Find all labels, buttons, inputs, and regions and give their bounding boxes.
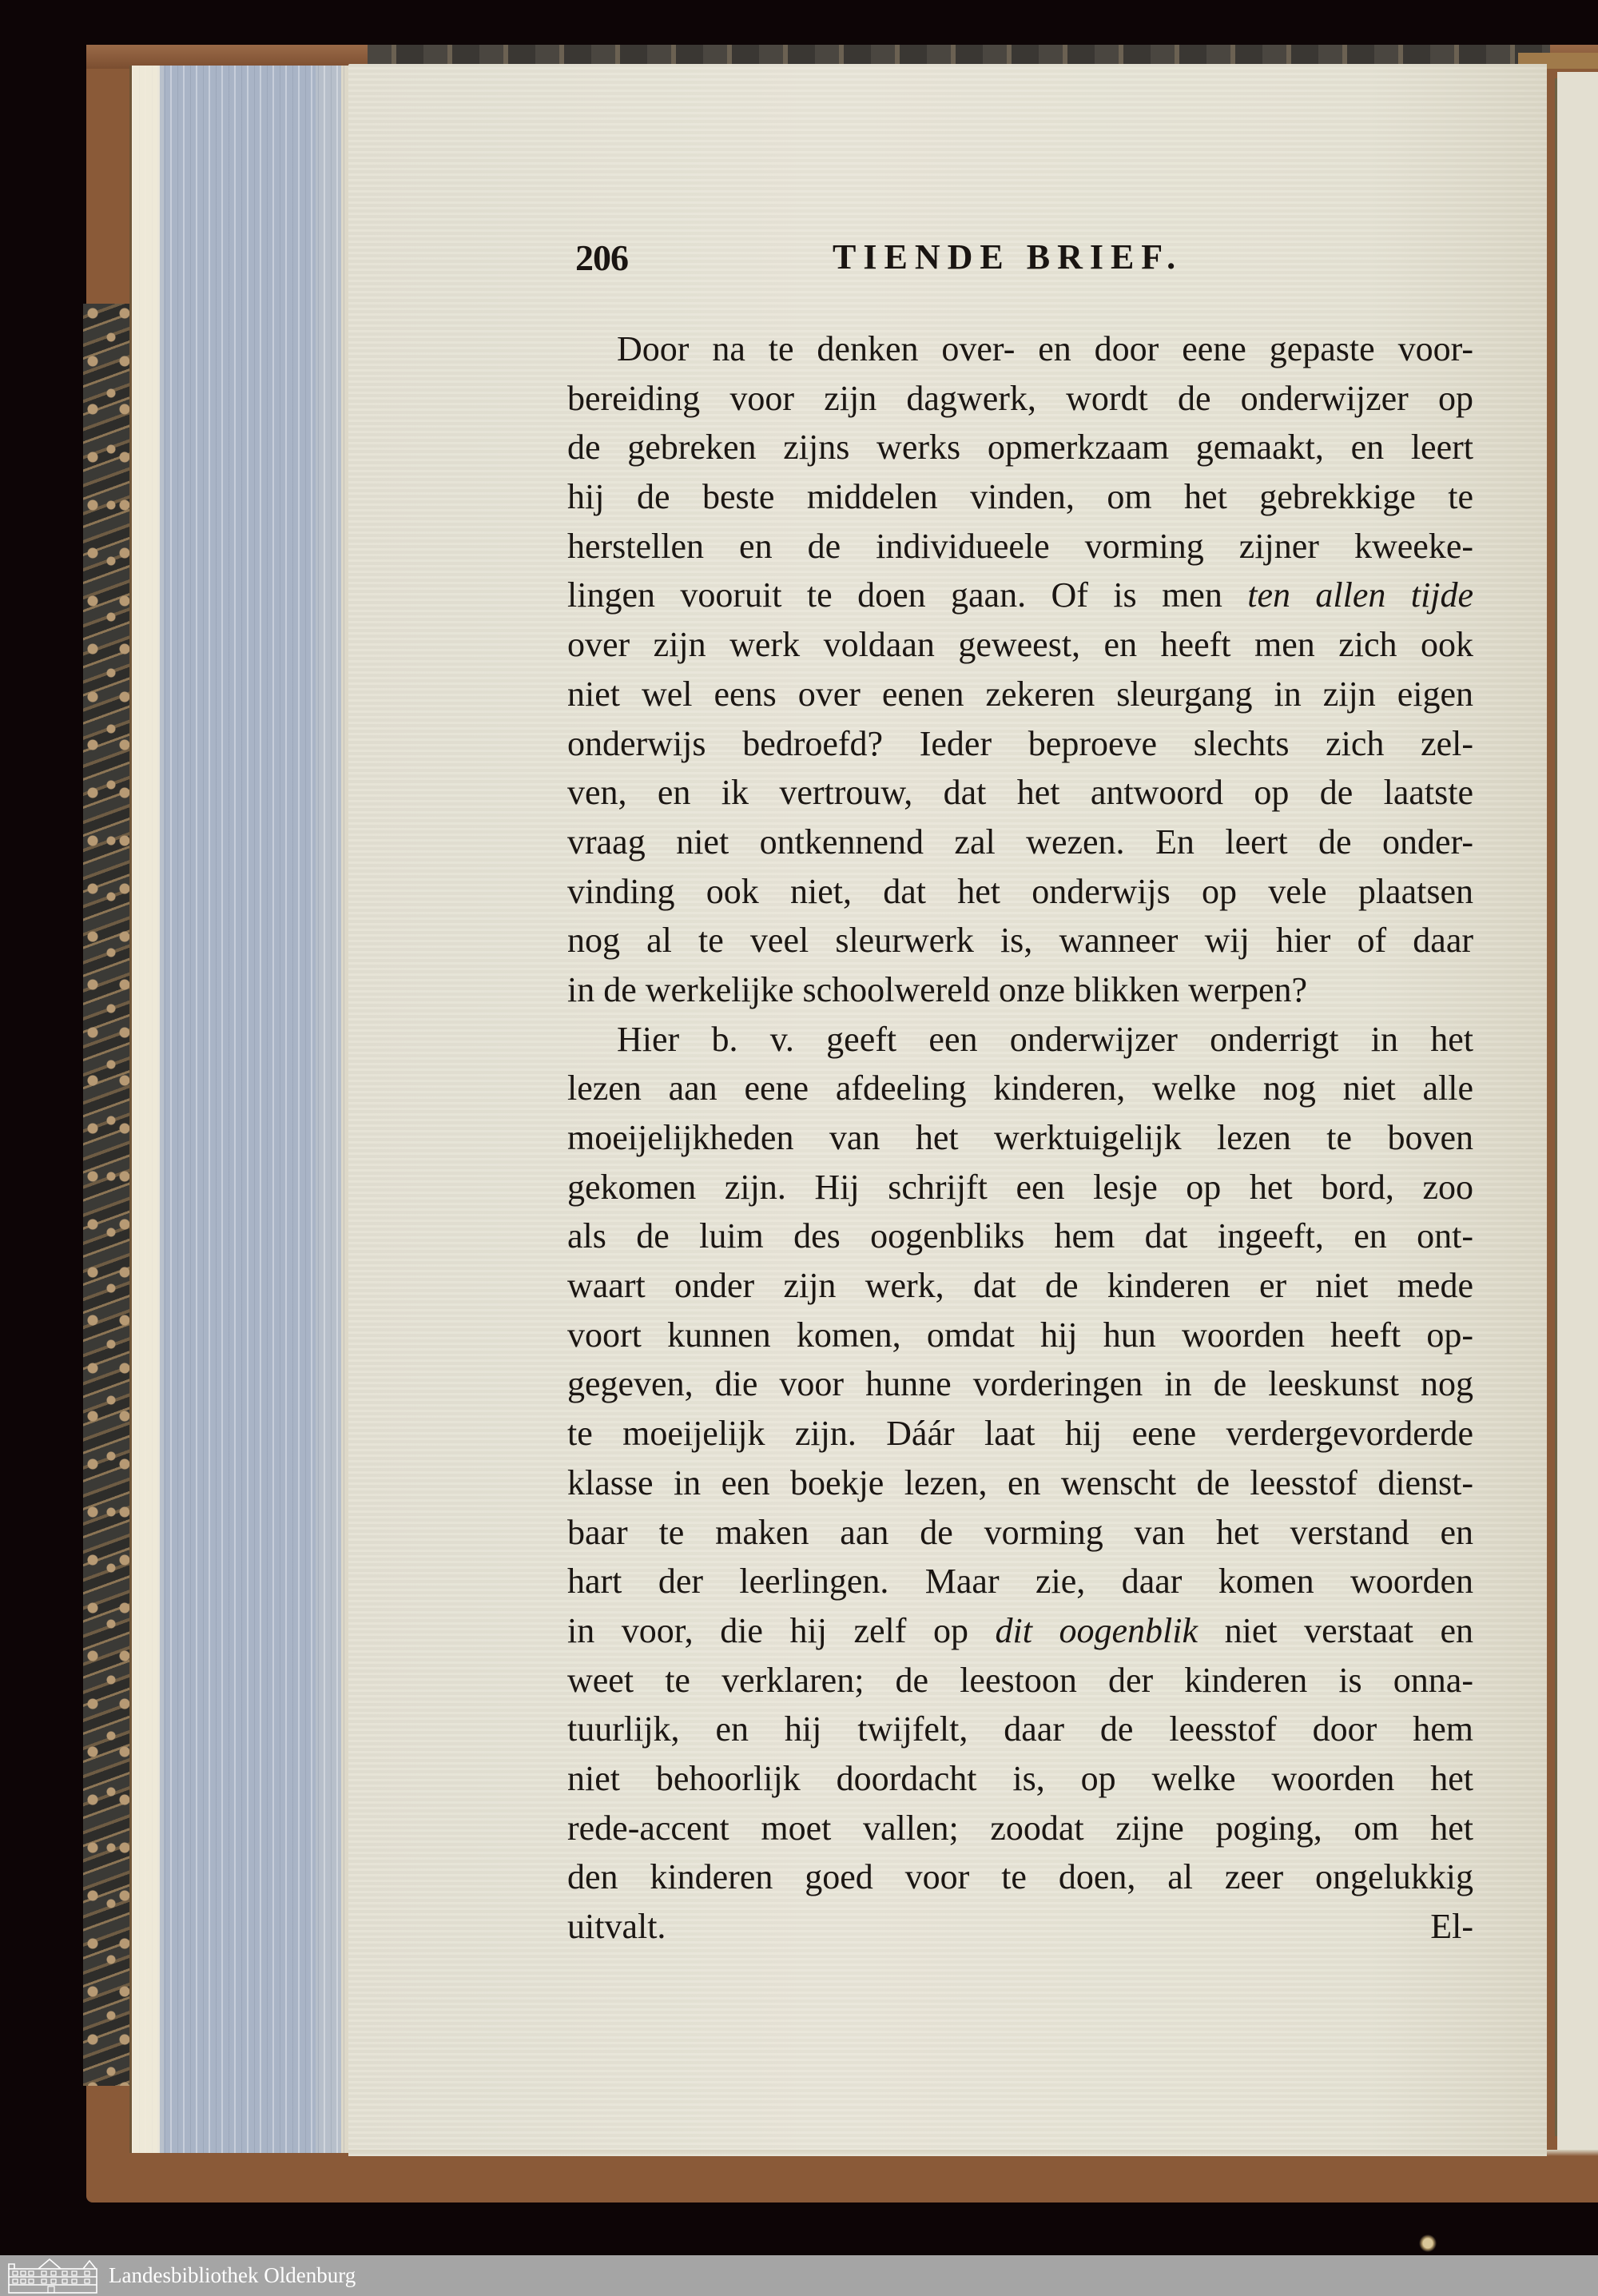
text-line: tuurlijk, en hij twijfelt, daar de leess… bbox=[567, 1705, 1473, 1754]
text-line: gekomen zijn. Hij schrijft een lesje op … bbox=[567, 1163, 1473, 1212]
page-number: 206 bbox=[575, 237, 628, 279]
text-line: rede-accent moet vallen; zoodat zijne po… bbox=[567, 1804, 1473, 1853]
italic-emphasis: ten allen tijde bbox=[1247, 575, 1473, 615]
text-line: Hier b. v. geeft een onderwijzer onderri… bbox=[567, 1015, 1473, 1064]
text-line: nog al te veel sleurwerk is, wanneer wij… bbox=[567, 916, 1473, 965]
text-line: vraag niet ontkennend zal wezen. En leer… bbox=[567, 818, 1473, 867]
italic-emphasis: dit oogenblik bbox=[996, 1611, 1198, 1650]
text-line: ven, en ik vertrouw, dat het antwoord op… bbox=[567, 768, 1473, 818]
body-text: Door na te denken over- en door eene gep… bbox=[567, 324, 1473, 1952]
library-building-icon bbox=[6, 2258, 99, 2294]
text-line: de gebreken zijns werks opmerkzaam gemaa… bbox=[567, 423, 1473, 472]
text-line: uitvalt. bbox=[567, 1902, 666, 1952]
gutter-fold bbox=[1555, 78, 1557, 2136]
text-line: moeijelijkheden van het werktuigelijk le… bbox=[567, 1113, 1473, 1163]
scan-area: 206 TIENDE BRIEF. Door na te denken over… bbox=[0, 0, 1598, 2254]
text-line: onderwijs bedroefd? Ieder beproeve slech… bbox=[567, 719, 1473, 769]
text-line: weet te verklaren; de leestoon der kinde… bbox=[567, 1656, 1473, 1705]
text-line: over zijn werk voldaan geweest, en heeft… bbox=[567, 620, 1473, 670]
page-fore-edge-light bbox=[133, 66, 160, 2153]
facing-page-sliver bbox=[1557, 72, 1598, 2150]
text-line: in voor, die hij zelf op dit oogenblik n… bbox=[567, 1606, 1473, 1656]
text-line: lezen aan eene afdeeling kinderen, welke… bbox=[567, 1064, 1473, 1113]
text-line: hart der leerlingen. Maar zie, daar kome… bbox=[567, 1557, 1473, 1606]
text-line: Door na te denken over- en door eene gep… bbox=[567, 324, 1473, 374]
text-segment: in voor, die hij zelf op bbox=[567, 1611, 996, 1650]
text-line: den kinderen goed voor te doen, al zeer … bbox=[567, 1852, 1473, 1902]
text-line: te moeijelijk zijn. Dáár laat hij eene v… bbox=[567, 1409, 1473, 1458]
text-segment: lingen vooruit te doen gaan. Of is men bbox=[567, 575, 1247, 615]
text-line: lingen vooruit te doen gaan. Of is men t… bbox=[567, 571, 1473, 620]
text-line: als de luim des oogenbliks hem dat ingee… bbox=[567, 1212, 1473, 1261]
text-line: niet behoorlijk doordacht is, op welke w… bbox=[567, 1754, 1473, 1804]
text-line: vinding ook niet, dat het onderwijs op v… bbox=[567, 867, 1473, 917]
chapter-title: TIENDE BRIEF. bbox=[833, 237, 1183, 277]
text-line: voort kunnen komen, omdat hij hun woorde… bbox=[567, 1311, 1473, 1360]
book-cover-marbled-side bbox=[83, 304, 133, 2086]
page-fore-edge bbox=[129, 66, 352, 2153]
paper-debris bbox=[1417, 2234, 1438, 2252]
library-footer: Landesbibliothek Oldenburg bbox=[0, 2255, 1598, 2296]
text-line: niet wel eens over eenen zekeren sleurga… bbox=[567, 670, 1473, 719]
text-line: hij de beste middelen vinden, om het geb… bbox=[567, 472, 1473, 522]
catchword: El- bbox=[1430, 1902, 1473, 1952]
text-line: waart onder zijn werk, dat de kinderen e… bbox=[567, 1261, 1473, 1311]
text-line: baar te maken aan de vorming van het ver… bbox=[567, 1508, 1473, 1558]
final-line-row: uitvalt.El- bbox=[567, 1902, 1473, 1952]
text-segment: niet verstaat en bbox=[1198, 1611, 1473, 1650]
running-head: 206 TIENDE BRIEF. bbox=[575, 237, 1477, 285]
text-line: in de werkelijke schoolwereld onze blikk… bbox=[567, 965, 1473, 1015]
library-name: Landesbibliothek Oldenburg bbox=[109, 2263, 356, 2288]
text-line: klasse in een boekje lezen, en wenscht d… bbox=[567, 1458, 1473, 1508]
text-line: herstellen en de individueele vorming zi… bbox=[567, 522, 1473, 571]
book-cover-marbled-top bbox=[368, 45, 1550, 66]
page-bottom-shadow bbox=[348, 2150, 1598, 2156]
text-line: bereiding voor zijn dagwerk, wordt de on… bbox=[567, 374, 1473, 424]
text-line: gegeven, die voor hunne vorderingen in d… bbox=[567, 1359, 1473, 1409]
